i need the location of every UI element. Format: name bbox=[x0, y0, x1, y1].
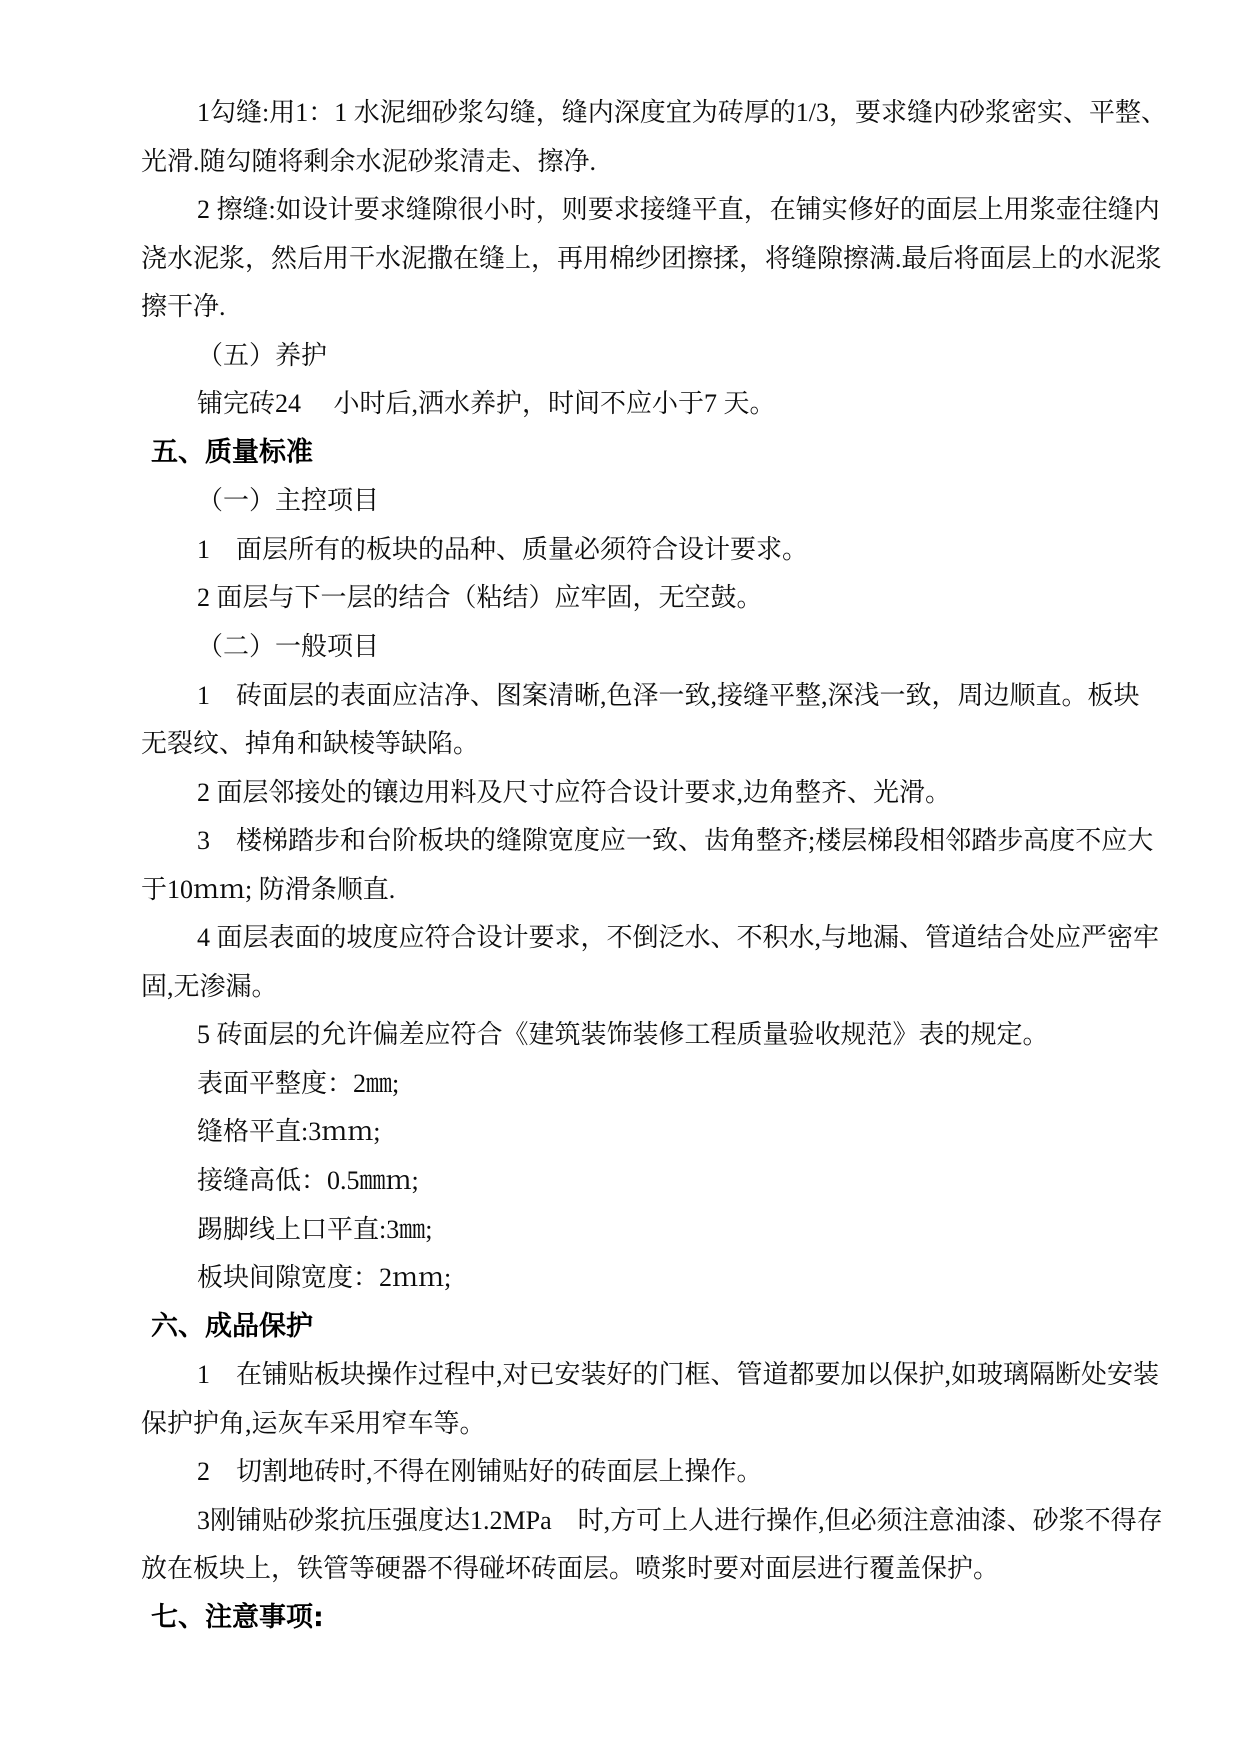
text-line: 踢脚线上口平直:3㎜; bbox=[141, 1206, 1161, 1255]
text-line: （一）主控项目 bbox=[141, 477, 1161, 526]
section-heading-notes: 七、注意事项: bbox=[141, 1594, 1161, 1643]
document-page: 1勾缝:用1：1 水泥细砂浆勾缝，缝内深度宜为砖厚的1/3，要求缝内砂浆密实、平… bbox=[0, 0, 1241, 1754]
section-heading-product-protection: 六、成品保护 bbox=[141, 1303, 1161, 1352]
text-line: 放在板块上，铁管等硬器不得碰坏砖面层。喷浆时要对面层进行覆盖保护。 bbox=[141, 1545, 1161, 1594]
text-line: 缝格平直:3ｍｍ; bbox=[141, 1108, 1161, 1157]
text-line: 铺完砖24 小时后,洒水养护，时间不应小于7 天。 bbox=[141, 380, 1161, 429]
text-line: 1 在铺贴板块操作过程中,对已安装好的门框、管道都要加以保护,如玻璃隔断处安装 bbox=[141, 1351, 1161, 1400]
text-line: 5 砖面层的允许偏差应符合《建筑装饰装修工程质量验收规范》表的规定。 bbox=[141, 1011, 1161, 1060]
text-line: 表面平整度：2㎜; bbox=[141, 1060, 1161, 1109]
text-line: 2 擦缝:如设计要求缝隙很小时，则要求接缝平直，在铺实修好的面层上用浆壶往缝内 bbox=[141, 186, 1161, 235]
text-line: 于10ｍｍ; 防滑条顺直. bbox=[141, 866, 1161, 915]
text-line: 保护护角,运灰车采用窄车等。 bbox=[141, 1400, 1161, 1449]
text-line: 固,无渗漏。 bbox=[141, 963, 1161, 1012]
text-line: 无裂纹、掉角和缺棱等缺陷。 bbox=[141, 720, 1161, 769]
section-heading-quality-standard: 五、质量标准 bbox=[141, 429, 1161, 478]
text-line: 擦干净. bbox=[141, 283, 1161, 332]
text-line: 1勾缝:用1：1 水泥细砂浆勾缝，缝内深度宜为砖厚的1/3，要求缝内砂浆密实、平… bbox=[141, 89, 1161, 138]
text-line: 2 面层与下一层的结合（粘结）应牢固，无空鼓。 bbox=[141, 574, 1161, 623]
document-body: 1勾缝:用1：1 水泥细砂浆勾缝，缝内深度宜为砖厚的1/3，要求缝内砂浆密实、平… bbox=[0, 0, 1241, 1643]
text-line: 浇水泥浆，然后用干水泥撒在缝上，再用棉纱团擦揉，将缝隙擦满.最后将面层上的水泥浆 bbox=[141, 235, 1161, 284]
text-line: 2 面层邻接处的镶边用料及尺寸应符合设计要求,边角整齐、光滑。 bbox=[141, 769, 1161, 818]
text-line: 3刚铺贴砂浆抗压强度达1.2MPa 时,方可上人进行操作,但必须注意油漆、砂浆不… bbox=[141, 1497, 1161, 1546]
text-line: 1 面层所有的板块的品种、质量必须符合设计要求。 bbox=[141, 526, 1161, 575]
text-line: 1 砖面层的表面应洁净、图案清晰,色泽一致,接缝平整,深浅一致，周边顺直。板块 bbox=[141, 672, 1161, 721]
text-line: 板块间隙宽度：2ｍｍ; bbox=[141, 1254, 1161, 1303]
text-line: 光滑.随勾随将剩余水泥砂浆清走、擦净. bbox=[141, 138, 1161, 187]
text-line: 4 面层表面的坡度应符合设计要求，不倒泛水、不积水,与地漏、管道结合处应严密牢 bbox=[141, 914, 1161, 963]
text-line: （五）养护 bbox=[141, 332, 1161, 381]
text-line: （二）一般项目 bbox=[141, 623, 1161, 672]
text-line: 3 楼梯踏步和台阶板块的缝隙宽度应一致、齿角整齐;楼层梯段相邻踏步高度不应大 bbox=[141, 817, 1161, 866]
text-line: 接缝高低：0.5㎜ｍ; bbox=[141, 1157, 1161, 1206]
text-line: 2 切割地砖时,不得在刚铺贴好的砖面层上操作。 bbox=[141, 1448, 1161, 1497]
